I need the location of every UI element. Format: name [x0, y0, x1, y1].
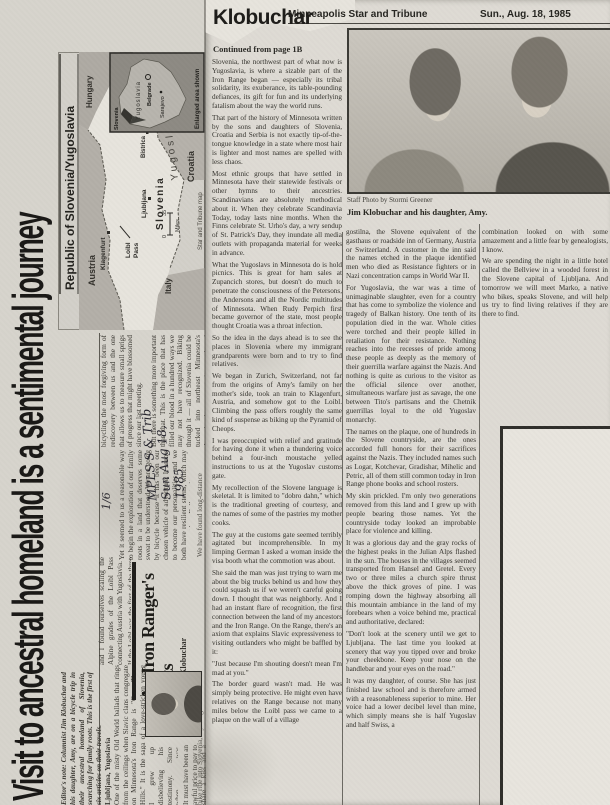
paragraph: "Just because I'm shouting doesn't mean … — [212, 660, 342, 678]
map-inset-caption: Enlarged area shown — [195, 68, 201, 129]
map-inset: Slovenia Yugoslavia Belgrade Sarajevo En… — [110, 53, 204, 132]
paragraph: My skin prickled. I'm only two generatio… — [346, 492, 476, 536]
handwritten-series-mark: 1/6 — [100, 492, 113, 510]
empty-clipped-box — [500, 426, 610, 805]
staff-photo-jim-and-amy — [347, 28, 610, 194]
map-label-austria: Austria — [87, 254, 97, 286]
map-label-klagenfurt: Klagenfurt — [100, 237, 107, 270]
map-inset-label-sarajevo: Sarajevo — [160, 96, 166, 118]
photo-credit: Staff Photo by Stormi Greener — [347, 196, 432, 204]
paragraph: The names on the plaque, one of hundreds… — [346, 428, 476, 490]
map-label-hungary: Hungary — [85, 75, 94, 108]
paragraph: She said the man was just trying to warn… — [212, 569, 342, 657]
handwritten-note: MPLS S & Trib Sun Aug 18, 1985 — [139, 399, 188, 502]
paragraph: It was a glorious day and the gray rocks… — [346, 539, 476, 627]
map-label-ljubljana: Ljubljana — [141, 189, 148, 218]
paragraph: "Don't look at the scenery until we get … — [346, 630, 476, 674]
paragraph: combination looked on with some amazemen… — [482, 228, 608, 254]
paragraph: The border guard wasn't mad. He was simp… — [212, 680, 342, 724]
rotated-clipping: Visit to ancestral homeland is a sentime… — [0, 0, 205, 805]
newspaper-scan: Minneapolis Star and Tribune Sun., Aug. … — [0, 0, 610, 805]
paragraph: Slovenia, the northwest part of what now… — [212, 58, 342, 111]
editors-note: Editor's note: Columnist Jim Klobuchar a… — [60, 672, 102, 805]
paragraph: That part of the history of Minnesota wr… — [212, 114, 342, 167]
columnist-portrait-photo — [145, 671, 202, 737]
article-column-2: gostilna, the Slovene equivalent of the … — [346, 228, 476, 805]
newspaper-page-7b: Minneapolis Star and Tribune Sun., Aug. … — [205, 0, 610, 805]
map-inset-label-yugoslavia: Yugoslavia — [136, 81, 142, 120]
paragraph: gostilna, the Slovene equivalent of the … — [346, 228, 476, 281]
map-inset-label-slovenia: Slovenia — [114, 106, 120, 130]
paragraph: We are spending the night in a little ho… — [482, 257, 608, 319]
paragraph: So the idea in the days ahead is to see … — [212, 334, 342, 369]
map-marker-ljubljana — [148, 197, 151, 200]
masthead-date: Sun., Aug. 18, 1985 — [480, 9, 571, 20]
map-label-italy: Italy — [164, 277, 173, 294]
column-rule — [342, 232, 343, 805]
paragraph: and I found ourselves scaling the Alpine… — [98, 557, 124, 665]
map-label-loibl-pass: Pass — [133, 242, 140, 258]
map-label-loibl: Loibl — [125, 242, 132, 258]
slovenia-map: Republic of Slovenia/Yugoslavia Austria … — [58, 52, 205, 330]
column-rule — [479, 224, 480, 805]
map-label-bistrica: Bistrica — [141, 135, 147, 158]
photo-caption: Jim Klobuchar and his daughter, Amy. — [347, 207, 488, 217]
map-scale-unit: Miles — [175, 219, 181, 232]
map-scale-min: 0 — [162, 235, 168, 238]
paragraph: We began in Zurich, Switzerland, not far… — [212, 372, 342, 434]
continued-note: Continued from page 1B — [213, 44, 302, 54]
paragraph: I grew up disbelieving his testimony. Si… — [148, 747, 178, 805]
paragraph: Most ethnic groups that have settled in … — [212, 170, 342, 258]
map-scale-max: 35 — [162, 210, 168, 216]
map-inset-label-belgrade: Belgrade — [147, 82, 153, 106]
paragraph: For Yugoslavia, the war was a time of un… — [346, 284, 476, 425]
clipping-column: and I found ourselves scaling the Alpine… — [98, 557, 131, 665]
paragraph: My recollection of the Slovene language … — [212, 484, 342, 528]
map-label-slovenia: Slovenia — [155, 177, 166, 230]
paragraph: If the Loibl was the first of the three … — [127, 557, 131, 665]
paragraph: What the Yugoslavs in Minnesota do is ho… — [212, 261, 342, 331]
map-inset-marker-sarajevo — [160, 91, 163, 94]
dateline: Ljubljana, Yugoslavia — [104, 665, 113, 805]
map-title: Republic of Slovenia/Yugoslavia — [63, 106, 77, 290]
rotated-clipping-inner: Visit to ancestral homeland is a sentime… — [0, 0, 205, 805]
clipping-edge-shadow — [204, 0, 206, 805]
article-column-3: combination looked on with some amazemen… — [482, 228, 608, 428]
paragraph: It was my daughter, of course. She has j… — [346, 677, 476, 730]
paragraph: The guy at the customs gate seemed terri… — [212, 531, 342, 566]
map-label-croatia: Croatia — [186, 150, 196, 182]
column-title: Klobuchar — [213, 6, 312, 30]
masthead-rule — [288, 23, 610, 24]
map-marker-klagenfurt — [107, 231, 110, 234]
article-column-1: Slovenia, the northwest part of what now… — [212, 58, 342, 805]
paragraph: I was preoccupied with relief and gratit… — [212, 437, 342, 481]
clipping-main-headline: Visit to ancestral homeland is a sentime… — [2, 75, 56, 801]
